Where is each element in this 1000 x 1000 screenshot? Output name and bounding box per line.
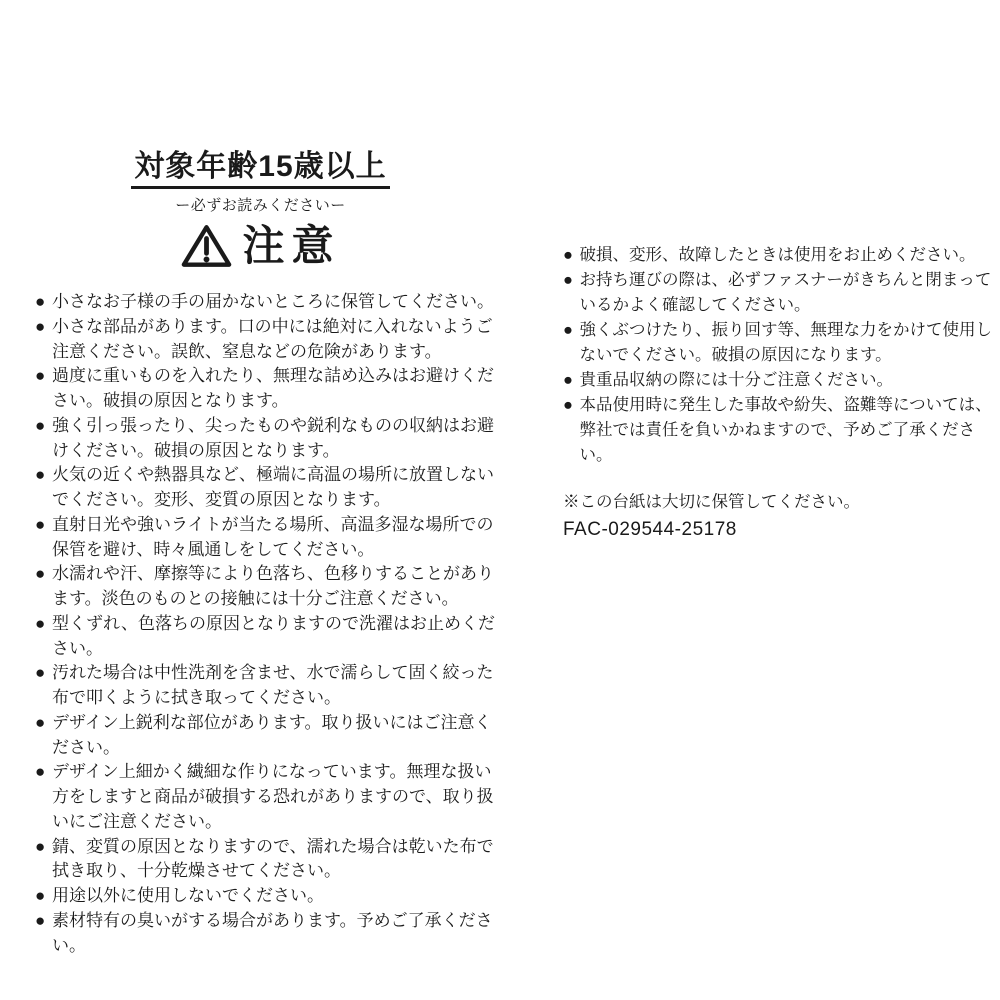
caution-heading: 注意 xyxy=(108,222,413,269)
bullet-icon: ● xyxy=(35,414,52,439)
bullet-icon: ● xyxy=(563,243,580,268)
list-item-text: 小さなお子様の手の届かないところに保管してください。 xyxy=(52,290,508,315)
list-item: ● 汚れた場合は中性洗剤を含ませ、水で濡らして固く絞った布で叩くように拭き取って… xyxy=(35,661,508,711)
list-item-text: 素材特有の臭いがする場合があります。予めご了承ください。 xyxy=(52,909,508,959)
list-item: ● 強くぶつけたり、振り回す等、無理な力をかけて使用しないでください。破損の原因… xyxy=(563,318,1000,368)
list-item: ● 破損、変形、故障したときは使用をお止めください。 xyxy=(563,243,1000,268)
list-item-text: 過度に重いものを入れたり、無理な詰め込みはお避けください。破損の原因となります。 xyxy=(52,364,508,414)
read-note-label: ー必ずお読みくださいー xyxy=(108,194,413,215)
precautions-list-left: ● 小さなお子様の手の届かないところに保管してください。 ● 小さな部品がありま… xyxy=(35,290,508,958)
list-item: ● お持ち運びの際は、必ずファスナーがきちんと閉まっているかよく確認してください… xyxy=(563,268,1000,318)
list-item: ● 型くずれ、色落ちの原因となりますので洗濯はお止めください。 xyxy=(35,612,508,662)
list-item-text: デザイン上細かく繊細な作りになっています。無理な扱い方をしますと商品が破損する恐… xyxy=(52,760,508,834)
bullet-icon: ● xyxy=(35,835,52,860)
bullet-icon: ● xyxy=(563,368,580,393)
right-items: ● 破損、変形、故障したときは使用をお止めください。 ● お持ち運びの際は、必ず… xyxy=(563,243,1000,468)
list-item: ● 貴重品収納の際には十分ご注意ください。 xyxy=(563,368,1000,393)
list-item: ● 素材特有の臭いがする場合があります。予めご了承ください。 xyxy=(35,909,508,959)
list-item: ● 火気の近くや熱器具など、極端に高温の場所に放置しないでください。変形、変質の… xyxy=(35,463,508,513)
list-item-text: 本品使用時に発生した事故や紛失、盗難等については、弊社では責任を負いかねますので… xyxy=(580,393,1000,468)
bullet-icon: ● xyxy=(563,318,580,343)
list-item-text: 小さな部品があります。口の中には絶対に入れないようご注意ください。誤飲、窒息など… xyxy=(52,315,508,365)
list-item-text: 水濡れや汗、摩擦等により色落ち、色移りすることがあります。淡色のものとの接触には… xyxy=(52,562,508,612)
list-item-text: 型くずれ、色落ちの原因となりますので洗濯はお止めください。 xyxy=(52,612,508,662)
bullet-icon: ● xyxy=(35,364,52,389)
bullet-icon: ● xyxy=(35,315,52,340)
list-item-text: 直射日光や強いライトが当たる場所、高温多湿な場所での保管を避け、時々風通しをして… xyxy=(52,513,508,563)
list-item: ● 錆、変質の原因となりますので、濡れた場合は乾いた布で拭き取り、十分乾燥させて… xyxy=(35,835,508,885)
list-item-text: 汚れた場合は中性洗剤を含ませ、水で濡らして固く絞った布で叩くように拭き取ってくだ… xyxy=(52,661,508,711)
list-item: ● 小さな部品があります。口の中には絶対に入れないようご注意ください。誤飲、窒息… xyxy=(35,315,508,365)
header: 対象年齢15歳以上 ー必ずお読みくださいー 注意 xyxy=(108,150,413,269)
bullet-icon: ● xyxy=(35,513,52,538)
list-item-text: 貴重品収納の際には十分ご注意ください。 xyxy=(580,368,1000,393)
list-item-text: 強くぶつけたり、振り回す等、無理な力をかけて使用しないでください。破損の原因にな… xyxy=(580,318,1000,368)
list-item-text: お持ち運びの際は、必ずファスナーがきちんと閉まっているかよく確認してください。 xyxy=(580,268,1000,318)
list-item: ● 小さなお子様の手の届かないところに保管してください。 xyxy=(35,290,508,315)
precautions-list-right: ● 破損、変形、故障したときは使用をお止めください。 ● お持ち運びの際は、必ず… xyxy=(563,243,1000,542)
list-item: ● 過度に重いものを入れたり、無理な詰め込みはお避けください。破損の原因となりま… xyxy=(35,364,508,414)
list-item-text: デザイン上鋭利な部位があります。取り扱いにはご注意ください。 xyxy=(52,711,508,761)
bullet-icon: ● xyxy=(35,909,52,934)
bullet-icon: ● xyxy=(35,463,52,488)
bullet-icon: ● xyxy=(35,290,52,315)
left-items: ● 小さなお子様の手の届かないところに保管してください。 ● 小さな部品がありま… xyxy=(35,290,508,958)
list-item-text: 破損、変形、故障したときは使用をお止めください。 xyxy=(580,243,1000,268)
list-item: ● 直射日光や強いライトが当たる場所、高温多湿な場所での保管を避け、時々風通しを… xyxy=(35,513,508,563)
list-item-text: 錆、変質の原因となりますので、濡れた場合は乾いた布で拭き取り、十分乾燥させてくだ… xyxy=(52,835,508,885)
bullet-icon: ● xyxy=(35,711,52,736)
list-item-text: 用途以外に使用しないでください。 xyxy=(52,884,508,909)
list-item-text: 強く引っ張ったり、尖ったものや鋭利なものの収納はお避けください。破損の原因となり… xyxy=(52,414,508,464)
list-item: ● 強く引っ張ったり、尖ったものや鋭利なものの収納はお避けください。破損の原因と… xyxy=(35,414,508,464)
list-item: ● 本品使用時に発生した事故や紛失、盗難等については、弊社では責任を負いかねます… xyxy=(563,393,1000,468)
bullet-icon: ● xyxy=(35,562,52,587)
bullet-icon: ● xyxy=(563,268,580,293)
bullet-icon: ● xyxy=(35,661,52,686)
bullet-icon: ● xyxy=(35,760,52,785)
bullet-icon: ● xyxy=(35,612,52,637)
list-item-text: 火気の近くや熱器具など、極端に高温の場所に放置しないでください。変形、変質の原因… xyxy=(52,463,508,513)
target-age-title: 対象年齢15歳以上 xyxy=(131,150,389,189)
bullet-icon: ● xyxy=(563,393,580,418)
list-item: ● デザイン上細かく繊細な作りになっています。無理な扱い方をしますと商品が破損す… xyxy=(35,760,508,834)
care-instructions-card: 対象年齢15歳以上 ー必ずお読みくださいー 注意 ● 小さなお子様の手の届かない… xyxy=(0,0,1000,1000)
product-code: FAC-029544-25178 xyxy=(563,517,1000,542)
bullet-icon: ● xyxy=(35,884,52,909)
list-item: ● 水濡れや汗、摩擦等により色落ち、色移りすることがあります。淡色のものとの接触… xyxy=(35,562,508,612)
storage-note: ※この台紙は大切に保管してください。 xyxy=(563,490,1000,515)
list-item: ● 用途以外に使用しないでください。 xyxy=(35,884,508,909)
caution-title: 注意 xyxy=(242,225,340,267)
list-item: ● デザイン上鋭利な部位があります。取り扱いにはご注意ください。 xyxy=(35,711,508,761)
warning-triangle-icon xyxy=(180,222,233,269)
